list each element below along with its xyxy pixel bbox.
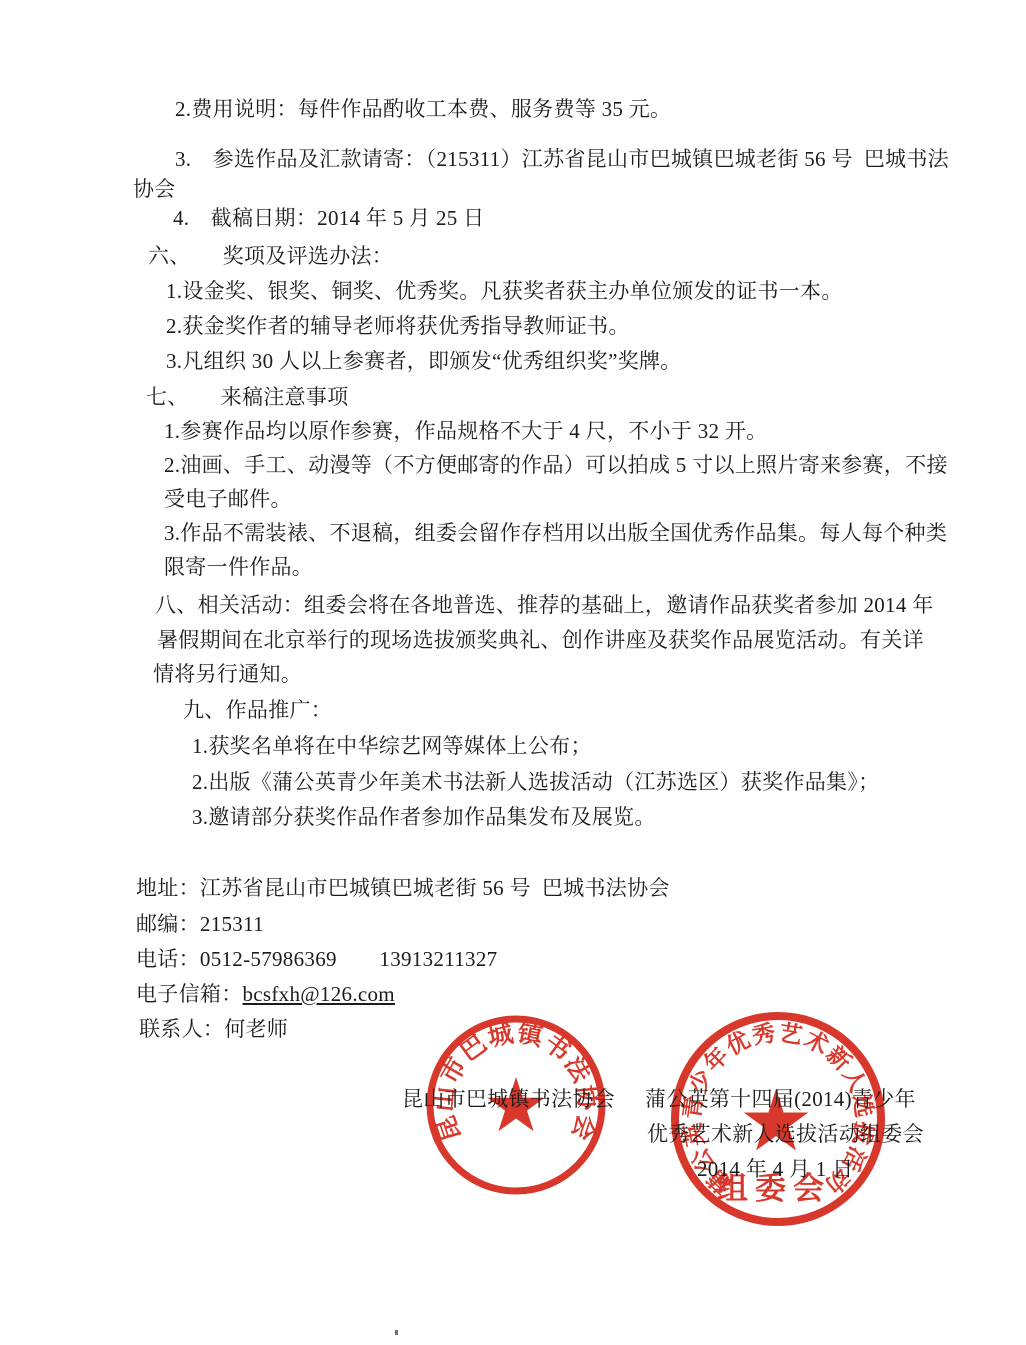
signature-date: 2014 年 4 月 1 日 (697, 1156, 853, 1183)
document-page: 2.费用说明：每件作品酌收工本费、服务费等 35 元。 3. 参选作品及汇款请寄… (0, 0, 1026, 1345)
contact-address: 地址：江苏省昆山市巴城镇巴城老街 56 号 巴城书法协会 (136, 875, 670, 902)
body-line: 1.设金奖、银奖、铜奖、优秀奖。凡获奖者获主办单位颁发的证书一本。 (166, 278, 843, 305)
section-heading: 六、 奖项及评选办法： (148, 243, 393, 270)
section-heading: 九、作品推广： (183, 697, 332, 724)
body-line: 2.油画、手工、动漫等（不方便邮寄的作品）可以拍成 5 寸以上照片寄来参赛，不接 (164, 452, 948, 479)
body-line: 4. 截稿日期：2014 年 5 月 25 日 (173, 205, 484, 232)
body-line: 暑假期间在北京举行的现场选拔颁奖典礼、创作讲座及获奖作品展览活动。有关详 (157, 627, 924, 654)
body-line: 1.参赛作品均以原作参赛，作品规格不大于 4 尺，不小于 32 开。 (164, 418, 767, 445)
email-label: 电子信箱： (136, 982, 243, 1006)
body-line: 2.获金奖作者的辅导老师将获优秀指导教师证书。 (166, 313, 630, 340)
body-line: 2.费用说明：每件作品酌收工本费、服务费等 35 元。 (175, 96, 671, 123)
body-line: 3.凡组织 30 人以上参赛者，即颁发“优秀组织奖”奖牌。 (166, 348, 682, 375)
body-line: 限寄一件作品。 (164, 554, 313, 581)
contact-person: 联系人：何老师 (139, 1016, 288, 1043)
right-seal: 蒲公英青少年优秀艺术新人选拔活动 组委会 (667, 1008, 889, 1230)
signature-left-org: 昆山市巴城镇书法协会 (402, 1086, 615, 1113)
contact-email: 电子信箱：bcsfxh@126.com (136, 981, 395, 1008)
body-line: 3. 参选作品及汇款请寄：（215311）江苏省昆山市巴城镇巴城老街 56 号 … (175, 146, 949, 173)
body-line: 协会 (133, 176, 176, 203)
email-link[interactable]: bcsfxh@126.com (243, 982, 395, 1006)
section-heading: 八、相关活动：组委会将在各地普选、推荐的基础上，邀请作品获奖者参加 2014 年 (155, 592, 934, 619)
body-line: 3.邀请部分获奖作品作者参加作品集发布及展览。 (192, 804, 656, 831)
page-speck (395, 1330, 398, 1335)
body-line: 1.获奖名单将在中华综艺网等媒体上公布； (192, 733, 592, 760)
contact-phone: 电话：0512-57986369 13913211327 (136, 946, 497, 973)
body-line: 受电子邮件。 (164, 486, 292, 513)
body-line: 3.作品不需装裱、不退稿，组委会留作存档用以出版全国优秀作品集。每人每个种类 (164, 520, 947, 547)
signature-right-org-line1: 蒲公英第十四届(2014)青少年 (645, 1086, 916, 1113)
section-heading: 七、 来稿注意事项 (146, 384, 349, 411)
body-line: 情将另行通知。 (153, 661, 302, 688)
body-line: 2.出版《蒲公英青少年美术书法新人选拔活动（江苏选区）获奖作品集》； (192, 769, 879, 796)
contact-postcode: 邮编：215311 (136, 911, 264, 938)
signature-right-org-line2: 优秀艺术新人选拔活动组委会 (647, 1121, 924, 1148)
